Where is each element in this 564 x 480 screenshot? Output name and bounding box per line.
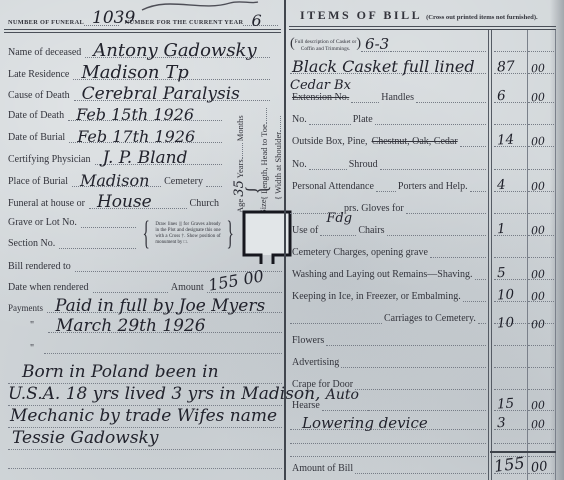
amount-cents: 00 bbox=[531, 224, 546, 238]
funeral-number-label: Number of Funeral bbox=[8, 19, 84, 26]
payments-date-row: March 29th 1926 bbox=[8, 313, 282, 333]
casket-written-row: Black Casket full lined 87 00 bbox=[290, 54, 554, 74]
section-row: Section No. bbox=[8, 229, 136, 249]
casket-written-value: Black Casket full lined bbox=[292, 57, 475, 76]
field-value: Feb 15th 1926 bbox=[76, 105, 194, 124]
payments-date: March 29th 1926 bbox=[56, 316, 206, 336]
items-of-bill-note: (Cross out printed items not furnished). bbox=[426, 14, 538, 21]
right-edge-rule bbox=[555, 30, 556, 480]
bill-row-advertising: Advertising bbox=[290, 348, 554, 368]
amount-dollars: 10 bbox=[497, 287, 515, 304]
bill-row-embalming: Keeping in Ice, in Freezer, or Embalming… bbox=[290, 282, 554, 302]
funeral-number-row: Number of Funeral 1039 Number for the Cu… bbox=[8, 6, 278, 26]
field-row-date-of-death: Date of Death Feb 15th 1926 bbox=[8, 101, 222, 121]
field-label: Certifying Physician bbox=[8, 154, 95, 165]
ditto-mark: " bbox=[30, 343, 34, 354]
plot-instructions-note: { Draw lines ||| for Graves already in t… bbox=[138, 213, 238, 255]
field-value: Madison Tp bbox=[81, 62, 188, 83]
field-label: Name of deceased bbox=[8, 47, 85, 58]
grave-lot-row: Grave or Lot No. bbox=[8, 208, 136, 228]
row-label: Cemetery Charges, opening grave bbox=[290, 247, 430, 258]
amount-cents: 00 bbox=[531, 135, 546, 149]
field-label: Cause of Death bbox=[8, 90, 74, 101]
bill-row-handles: Extension No. Handles Cedar Bx 6 00 bbox=[290, 83, 554, 103]
bill-row-hearse: Hearse Auto 15 00 bbox=[290, 391, 554, 411]
current-year-value: 6 bbox=[251, 11, 261, 30]
bill-row-outside-box: Outside Box, Pine, Chestnut, Oak, Cedar … bbox=[290, 127, 554, 147]
amount-cents: 00 bbox=[531, 62, 546, 76]
row-label: Flowers bbox=[290, 335, 326, 346]
years-label: Years bbox=[235, 159, 245, 178]
amount-dollars: 87 bbox=[497, 59, 516, 76]
note-line: Mechanic by trade Wifes name bbox=[10, 406, 277, 426]
row-label: Handles bbox=[379, 92, 416, 103]
total-dollars: 155 bbox=[493, 453, 526, 476]
months-label: Months bbox=[235, 115, 245, 141]
amount-dollars: 14 bbox=[497, 132, 515, 149]
field-row-place-of-burial: Place of Burial Madison Cemetery bbox=[8, 167, 222, 187]
amount-dollars: 6 bbox=[497, 88, 506, 104]
brace-icon: } bbox=[226, 219, 233, 250]
struck-label: Extension No. bbox=[290, 92, 351, 103]
amount-cents: 00 bbox=[531, 290, 546, 304]
bill-row-flowers: Flowers bbox=[290, 326, 554, 346]
ruled-line bbox=[8, 468, 282, 469]
amount-cents: 00 bbox=[531, 180, 546, 194]
bill-row-cemetery-charges: Cemetery Charges, opening grave bbox=[290, 238, 554, 258]
funeral-number-value: 1039 bbox=[92, 8, 135, 28]
field-row-funeral-at: Funeral at house or House Church bbox=[8, 189, 222, 209]
amount-dollars: 1 bbox=[497, 221, 506, 237]
items-of-bill-header: ITEMS OF BILL (Cross out printed items n… bbox=[300, 6, 550, 24]
casket-desc-line2: Coffin and Trimmings. bbox=[301, 46, 350, 52]
section-label: Section No. bbox=[8, 238, 59, 249]
note-line: Tessie Gadowsky bbox=[12, 428, 158, 448]
length-label: Length, Head to Toe bbox=[259, 124, 269, 194]
amount-dollars: 4 bbox=[497, 177, 506, 193]
row-label: Porters and Help. bbox=[396, 181, 470, 192]
amount-dollars: 5 bbox=[497, 265, 506, 281]
field-value: Feb 17th 1926 bbox=[77, 127, 195, 146]
header-rule bbox=[289, 26, 556, 27]
amount-cents: 00 bbox=[531, 268, 546, 282]
row-label: Use of bbox=[290, 225, 320, 236]
field-value: Antony Gadowsky bbox=[93, 40, 256, 61]
column-divider bbox=[284, 0, 286, 480]
row-handwriting: Auto bbox=[326, 387, 359, 403]
current-year-label: Number for the Current Year bbox=[119, 19, 244, 26]
row-label: No. bbox=[290, 159, 309, 170]
bill-rendered-label: Bill rendered to bbox=[8, 261, 75, 272]
bill-row-chairs: Use of Fdg Chairs 1 00 bbox=[290, 216, 554, 236]
row-label: Plate bbox=[351, 114, 375, 125]
row-label: Advertising bbox=[290, 357, 341, 368]
row-handwriting: Cedar Bx bbox=[290, 78, 351, 93]
row-handwriting: Fdg bbox=[326, 211, 352, 226]
amount-cents: 00 bbox=[531, 91, 546, 105]
casket-desc-row: ( Full description of Casket or Coffin a… bbox=[290, 32, 554, 52]
header-rule bbox=[4, 32, 281, 33]
field-row-physician: Certifying Physician J. P. Bland bbox=[8, 145, 222, 165]
payments-label: Payments bbox=[8, 303, 47, 313]
brace-icon: { bbox=[273, 196, 283, 200]
field-row-date-of-burial: Date of Burial Feb 17th 1926 bbox=[8, 123, 222, 143]
struck-label: Chestnut, Oak, Cedar bbox=[370, 136, 460, 147]
width-vertical-line: { Width at Shoulder bbox=[272, 116, 283, 200]
casket-size-value: 6-3 bbox=[365, 35, 389, 53]
casket-desc-line1: Full description of Casket or bbox=[295, 39, 357, 45]
bill-row-washing: Washing and Laying out Remains—Shaving. … bbox=[290, 260, 554, 280]
field-suffix: Cemetery bbox=[161, 176, 206, 187]
row-label: Chairs bbox=[356, 225, 386, 236]
row-label: Keeping in Ice, in Freezer, or Embalming… bbox=[290, 291, 463, 302]
grave-lot-label: Grave or Lot No. bbox=[8, 217, 81, 228]
brace-icon: { bbox=[142, 219, 149, 250]
bill-row-total: Amount of Bill 155 00 bbox=[290, 454, 554, 474]
note-line: U.S.A. 18 yrs lived 3 yrs in Madison, bbox=[8, 384, 320, 404]
row-label: Washing and Laying out Remains—Shaving. bbox=[290, 269, 475, 280]
header-rule bbox=[4, 29, 281, 30]
field-label: Late Residence bbox=[8, 69, 73, 80]
field-value: J. P. Bland bbox=[103, 148, 188, 168]
row-label: No. bbox=[290, 114, 309, 125]
bill-row-plate: No. Plate bbox=[290, 105, 554, 125]
total-cents: 00 bbox=[530, 459, 548, 476]
funeral-record-document: Number of Funeral 1039 Number for the Cu… bbox=[0, 0, 564, 480]
field-label: Date of Death bbox=[8, 110, 68, 121]
row-label: Carriages to Cemetery. bbox=[382, 313, 478, 324]
field-label: Date of Burial bbox=[8, 132, 69, 143]
bill-row-personal-attendance: Personal Attendance Porters and Help. 4 … bbox=[290, 172, 554, 192]
ruled-line bbox=[44, 353, 282, 354]
bill-row-carriages: Carriages to Cemetery. 10 00 bbox=[290, 304, 554, 324]
bill-row-shroud: No. Shroud bbox=[290, 150, 554, 170]
field-value: Madison bbox=[80, 171, 149, 190]
field-row-name: Name of deceased Antony Gadowsky bbox=[8, 38, 270, 58]
brace-icon: { bbox=[259, 196, 269, 200]
amount-of-bill-label: Amount of Bill bbox=[290, 463, 355, 474]
field-row-cause-of-death: Cause of Death Cerebral Paralysis bbox=[8, 81, 270, 101]
payments-row: Payments Paid in full by Joe Myers bbox=[8, 293, 282, 313]
field-label: Place of Burial bbox=[8, 176, 72, 187]
width-label: Width at Shoulder bbox=[273, 132, 283, 194]
length-vertical-line: { Length, Head to Toe bbox=[258, 108, 269, 200]
field-suffix: Church bbox=[187, 198, 222, 209]
row-label: Outside Box, Pine, bbox=[290, 136, 370, 147]
date-rendered-label: Date when rendered bbox=[8, 282, 93, 293]
items-of-bill-title: ITEMS OF BILL bbox=[300, 8, 422, 22]
note-line: Born in Poland been in bbox=[22, 362, 219, 382]
field-row-residence: Late Residence Madison Tp bbox=[8, 60, 270, 80]
ruled-line bbox=[8, 449, 282, 450]
row-label: Shroud bbox=[347, 159, 380, 170]
row-label: Personal Attendance bbox=[290, 181, 376, 192]
plot-note-text: Draw lines ||| for Graves already in the… bbox=[154, 222, 221, 247]
amount-label: Amount bbox=[168, 282, 207, 293]
header-rule bbox=[289, 29, 556, 30]
